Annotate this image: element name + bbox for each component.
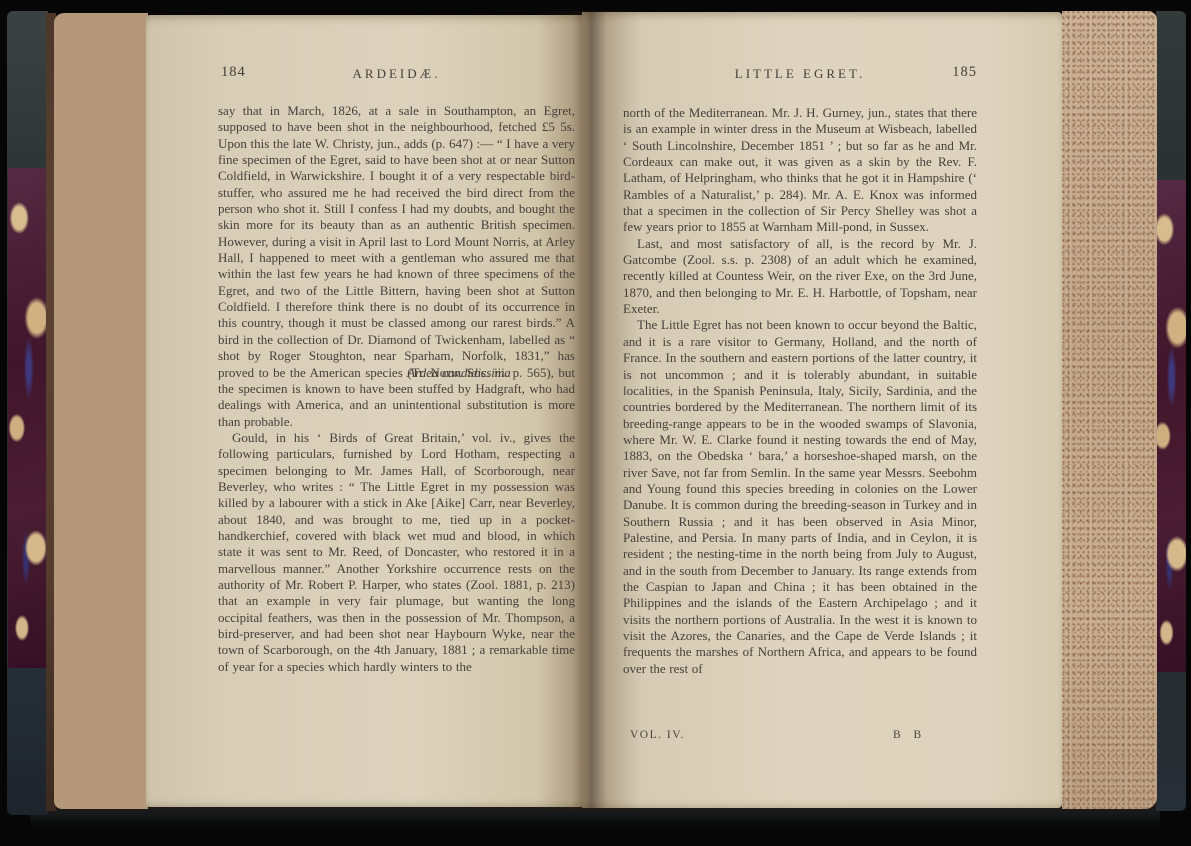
right-marbled-endpaper (1156, 180, 1186, 672)
right-page-text: north of the Mediterranean. Mr. J. H. Gu… (623, 105, 977, 729)
open-book-photo: 184 ARDEIDÆ. say that in March, 1826, at… (0, 0, 1191, 846)
gathering-signature: B B (893, 729, 926, 741)
paragraph: north of the Mediterranean. Mr. J. H. Gu… (623, 105, 977, 236)
paragraph: Gould, in his ‘ Birds of Great Britain,’… (218, 430, 575, 675)
right-page-number: 185 (930, 64, 977, 81)
left-page-fore-edge (54, 13, 148, 809)
paragraph: say that in March, 1826, at a sale in So… (218, 103, 575, 430)
right-page-fore-edge (1062, 11, 1157, 809)
paragraph: The Little Egret has not been known to o… (623, 317, 977, 677)
volume-signature: VOL. IV. (630, 729, 685, 741)
right-running-head: LITTLE EGRET. (623, 66, 977, 82)
paragraph: Last, and most satisfactory of all, is t… (623, 236, 977, 318)
left-running-head: ARDEIDÆ. (218, 66, 575, 82)
left-page-text: say that in March, 1826, at a sale in So… (218, 103, 575, 733)
left-marbled-endpaper (8, 168, 48, 668)
